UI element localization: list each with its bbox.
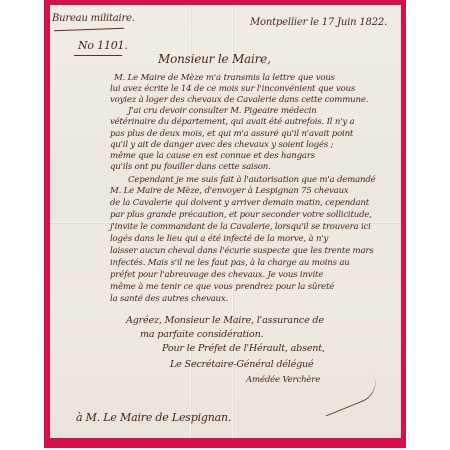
body-line: J'ai cru devoir consulter M. Pigeaire mé… <box>128 106 317 116</box>
body-line: même à me tenir ce que vous prendrez pou… <box>110 282 334 292</box>
body-line: infectés. Mais s'il ne les faut pas, à l… <box>110 258 350 268</box>
document-frame: Bureau militaire. No 1101. Montpellier l… <box>44 0 406 448</box>
body-line: la santé des autres chevaux. <box>110 294 228 304</box>
body-line: par plus grande précaution, et pour seco… <box>110 210 372 220</box>
letter-paper: Bureau militaire. No 1101. Montpellier l… <box>50 5 401 438</box>
signature: Amédée Verchère <box>246 375 320 385</box>
body-line: lui avez écrite le 14 de ce mois sur l'i… <box>110 84 355 94</box>
body-line: qu'ils ont pu fouiller dans cette saison… <box>110 162 271 172</box>
underline <box>74 55 122 56</box>
body-line: même que la cause en est connue et des h… <box>110 151 315 161</box>
underline <box>54 28 124 31</box>
body-line: qu'il y ait de danger avec des chevaux y… <box>110 140 333 150</box>
closing-line: Pour le Préfet de l'Hérault, absent, <box>162 343 325 354</box>
signature-flourish <box>318 375 381 417</box>
body-line: M. Le Maire de Mèze, d'envoyer à Lespign… <box>110 186 349 196</box>
office-heading: Bureau militaire. <box>52 13 135 24</box>
body-line: j'invite le commandant de la Cavalerie, … <box>110 222 371 232</box>
place-date: Montpellier le 17 Juin 1822. <box>250 17 387 28</box>
body-line: pas plus de deux mois, et qui m'a assuré… <box>110 129 353 139</box>
addressee: à M. Le Maire de Lespignan. <box>76 411 231 424</box>
body-line: vétérinaire du département, qui avait ét… <box>110 117 354 127</box>
closing-line: ma parfaite considération. <box>140 329 263 340</box>
body-line: préfet pour l'abreuvage des chevaux. Je … <box>110 270 323 280</box>
salutation: Monsieur le Maire, <box>158 52 271 66</box>
body-line: voyiez à loger des chevaux de Cavalerie … <box>110 95 368 105</box>
body-line: de la Cavalerie qui doivent y arriver de… <box>110 198 369 208</box>
body-line: laisser aucun cheval dans l'écurie suspe… <box>110 246 374 256</box>
body-line: Cependant je me suis fait à l'autorisati… <box>128 175 376 185</box>
closing-line: Agréez, Monsieur le Maire, l'assurance d… <box>126 315 324 326</box>
closing-line: Le Secrétaire-Général délégué <box>170 359 314 370</box>
body-line: logés dans le lieu qui a été infecté de … <box>110 234 328 244</box>
reference-number: No 1101. <box>78 39 128 52</box>
body-line: M. Le Maire de Mèze m'a transmis la lett… <box>114 73 335 83</box>
